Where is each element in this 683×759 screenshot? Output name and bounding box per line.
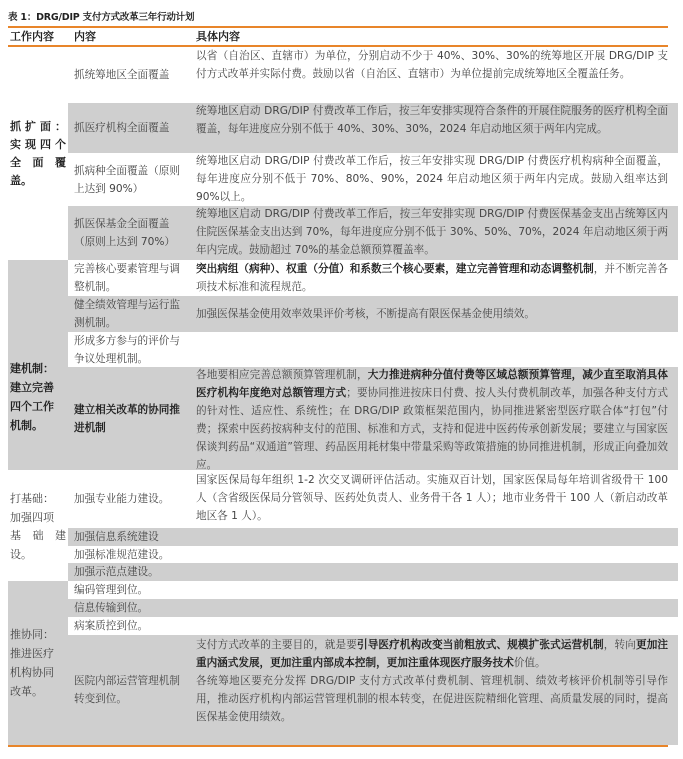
item-cell: 抓病种全面覆盖（原则上达到 90%） <box>68 153 190 206</box>
item-cell: 病案质控到位。 <box>68 617 190 635</box>
item-cell: 加强信息系统建设 <box>68 528 190 546</box>
work-line: 基 础 建 <box>10 527 66 546</box>
detail-cell: 加强医保基金使用效率效果评价考核，不断提高有限医保基金使用绩效。 <box>190 296 678 332</box>
group-work-cell: 抓扩面： 实现四个 全 面 覆 盖。 <box>8 47 68 260</box>
detail-cell: 以省（自治区、直辖市）为单位，分别启动不少于 40%、30%、30%的统筹地区开… <box>190 47 678 103</box>
work-line: 打基础： <box>10 490 66 509</box>
work-line: 四个工作 <box>10 397 66 416</box>
detail-cell: 各地要相应完善总额预算管理机制，大力推进病种分值付费等区域总额预算管理，减少直至… <box>190 366 678 470</box>
item-cell: 加强专业能力建设。 <box>68 470 190 528</box>
item-cell: 信息传输到位。 <box>68 599 190 617</box>
detail-cell: 统筹地区启动 DRG/DIP 付费改革工作后，按三年安排实现 DRG/DIP 付… <box>190 152 678 206</box>
work-line: 推进医疗 <box>10 644 66 663</box>
work-line: 推协同： <box>10 625 66 644</box>
item-cell: 加强标准规范建设。 <box>68 546 190 563</box>
item-cell: 抓医疗机构全面覆盖 <box>68 103 190 153</box>
work-line: 机制。 <box>10 416 66 435</box>
work-line: 抓扩面： <box>10 118 66 136</box>
item-text: 加强专业能力建设。 <box>74 490 169 508</box>
work-line: 设。 <box>10 546 66 565</box>
header-work-content: 工作内容 <box>10 28 54 45</box>
item-cell: 医院内部运营管理机制转变到位。 <box>68 635 190 745</box>
detail-paragraph: 支付方式改革的主要目的，就是要引导医疗机构改变当前粗放式、规模扩张式运营机制，转… <box>196 636 668 672</box>
item-cell: 抓医保基金全面覆盖（原则上达到 70%） <box>68 206 190 260</box>
group-work-cell: 打基础： 加强四项 基 础 建 设。 <box>8 470 68 581</box>
work-line: 改革。 <box>10 682 66 701</box>
group-work-cell: 推协同： 推进医疗 机构协同 改革。 <box>8 581 68 745</box>
item-text: 建立相关改革的协同推进机制 <box>74 401 186 437</box>
work-line: 建机制： <box>10 359 66 378</box>
header-content: 内容 <box>74 28 96 45</box>
detail-text: 各地要相应完善总额预算管理机制， <box>196 369 368 381</box>
bottom-rule <box>8 745 668 747</box>
detail-cell <box>190 332 678 367</box>
item-cell: 抓统筹地区全面覆盖 <box>68 47 190 103</box>
item-cell: 完善核心要素管理与调整机制。 <box>68 260 190 296</box>
work-line: 机构协同 <box>10 663 66 682</box>
item-cell: 建立相关改革的协同推进机制 <box>68 367 190 470</box>
detail-emphasis: 引导医疗机构改变当前粗放式、规模扩张式运营机制 <box>357 639 604 651</box>
item-cell: 形成多方参与的评价与争议处理机制。 <box>68 332 190 367</box>
detail-text: ，转向 <box>604 639 636 651</box>
group-work-cell: 建机制： 建立完善 四个工作 机制。 <box>8 260 68 470</box>
item-text: 抓病种全面覆盖（原则上达到 90%） <box>74 162 186 198</box>
item-cell: 健全绩效管理与运行监测机制。 <box>68 296 190 332</box>
detail-cell: 统筹地区启动 DRG/DIP 付费改革工作后，按三年安排实现 DRG/DIP 付… <box>190 205 678 259</box>
detail-paragraph: 各统筹地区要充分发挥 DRG/DIP 支付方式改革付费机制、管理机制、绩效考核评… <box>196 672 668 726</box>
work-line: 盖。 <box>10 172 66 190</box>
detail-emphasis: 突出病组（病种）、权重（分值）和系数三个核心要素，建立完善管理和动态调整机制 <box>196 263 594 275</box>
item-text: 抓医疗机构全面覆盖 <box>74 119 169 137</box>
detail-cell: 支付方式改革的主要目的，就是要引导医疗机构改变当前粗放式、规模扩张式运营机制，转… <box>190 636 678 745</box>
item-cell: 编码管理到位。 <box>68 581 190 599</box>
item-text: 抓医保基金全面覆盖（原则上达到 70%） <box>74 215 186 251</box>
item-text: 医院内部运营管理机制转变到位。 <box>74 672 186 708</box>
detail-cell: 突出病组（病种）、权重（分值）和系数三个核心要素，建立完善管理和动态调整机制，并… <box>190 260 678 296</box>
detail-text: ；要协同推进按床日付费、按人头付费机制改革，加强各种支付方式的针对性、适应性、系… <box>196 387 668 471</box>
top-rule <box>8 26 668 28</box>
item-cell: 加强示范点建设。 <box>68 563 190 581</box>
header-detail: 具体内容 <box>196 28 240 45</box>
work-line: 建立完善 <box>10 378 66 397</box>
detail-text: 支付方式改革的主要目的，就是要 <box>196 639 357 651</box>
work-line: 加强四项 <box>10 509 66 528</box>
detail-text: 价值。 <box>514 657 546 669</box>
detail-cell: 国家医保局每年组织 1-2 次交叉调研评估活动。实施双百计划，国家医保局每年培训… <box>190 471 678 528</box>
detail-text: 加强医保基金使用效率效果评价考核，不断提高有限医保基金使用绩效。 <box>196 305 535 323</box>
work-line: 实现四个 <box>10 136 66 154</box>
work-line: 全 面 覆 <box>10 154 66 172</box>
table-caption: 表 1：DRG/DIP 支付方式改革三年行动计划 <box>8 9 194 23</box>
detail-cell: 统筹地区启动 DRG/DIP 付费改革工作后，按三年安排实现符合条件的开展住院服… <box>190 102 678 152</box>
item-text: 抓统筹地区全面覆盖 <box>74 66 169 84</box>
